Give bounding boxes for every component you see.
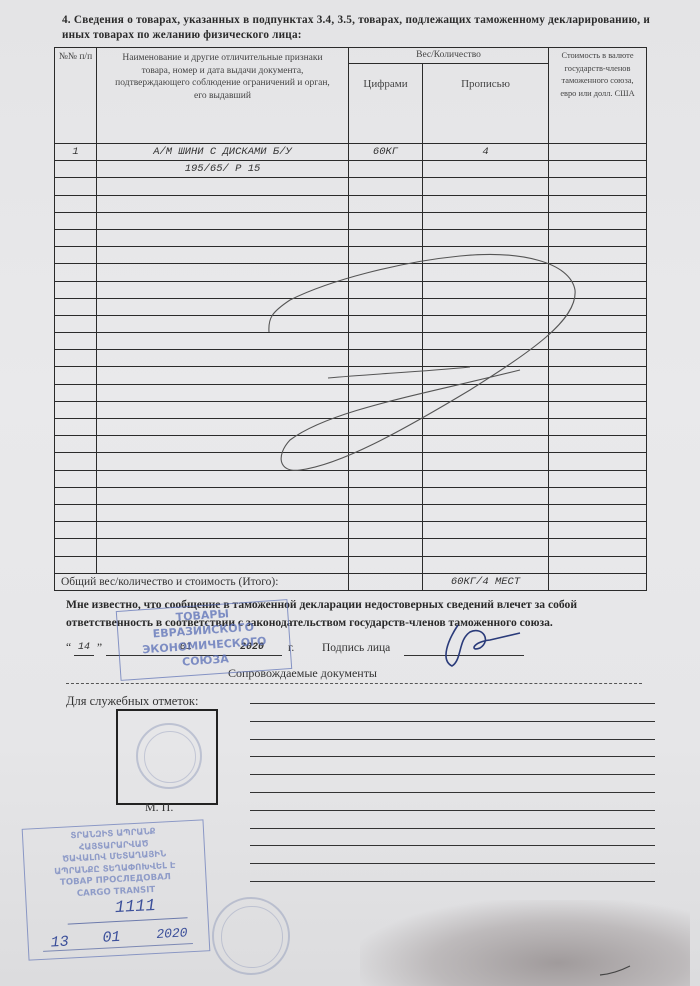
cell-digits bbox=[349, 384, 423, 401]
cell-digits bbox=[349, 281, 423, 298]
cell-name bbox=[97, 247, 349, 264]
cell-words bbox=[423, 298, 549, 315]
cell-num bbox=[55, 487, 97, 504]
eaeu-stamp: ТОВАРЫЕВРАЗИЙСКОГОЭКОНОМИЧЕСКОГОСОЮЗА bbox=[116, 599, 292, 681]
cell-digits bbox=[349, 436, 423, 453]
total-label: Общий вес/количество и стоимость (Итого)… bbox=[55, 573, 349, 590]
cell-cost bbox=[549, 195, 647, 212]
cell-words bbox=[423, 367, 549, 384]
cell-cost bbox=[549, 247, 647, 264]
service-line bbox=[250, 845, 655, 846]
cell-digits bbox=[349, 333, 423, 350]
cell-digits bbox=[349, 453, 423, 470]
goods-table: №№ п/п Наименование и другие отличительн… bbox=[54, 47, 647, 591]
cell-cost bbox=[549, 470, 647, 487]
cell-name bbox=[97, 281, 349, 298]
photo-shadow bbox=[360, 900, 690, 986]
transit-month: 01 bbox=[102, 929, 121, 947]
table-row bbox=[55, 195, 647, 212]
service-line bbox=[250, 774, 655, 775]
table-row bbox=[55, 281, 647, 298]
cell-num bbox=[55, 367, 97, 384]
table-row bbox=[55, 556, 647, 573]
cell-name bbox=[97, 195, 349, 212]
cell-cost bbox=[549, 539, 647, 556]
cell-words: 4 bbox=[423, 144, 549, 161]
cell-cost bbox=[549, 161, 647, 178]
cell-name bbox=[97, 419, 349, 436]
cell-num bbox=[55, 384, 97, 401]
cell-digits bbox=[349, 247, 423, 264]
cell-words bbox=[423, 333, 549, 350]
cell-words bbox=[423, 264, 549, 281]
service-line bbox=[250, 792, 655, 793]
cell-num bbox=[55, 161, 97, 178]
header-cost: Стоимость в валюте государств-членов там… bbox=[549, 48, 647, 144]
date-day: 14 bbox=[78, 642, 90, 653]
cell-cost bbox=[549, 367, 647, 384]
cell-cost bbox=[549, 229, 647, 246]
cell-words bbox=[423, 522, 549, 539]
cell-num bbox=[55, 470, 97, 487]
cell-num bbox=[55, 556, 97, 573]
cell-words bbox=[423, 556, 549, 573]
cell-name bbox=[97, 522, 349, 539]
cell-digits bbox=[349, 161, 423, 178]
signature-label: Подпись лица bbox=[322, 642, 390, 654]
total-digits bbox=[349, 573, 423, 590]
transit-year: 2020 bbox=[156, 925, 188, 942]
cell-name bbox=[97, 539, 349, 556]
service-line bbox=[250, 739, 655, 740]
cell-cost bbox=[549, 419, 647, 436]
cell-cost bbox=[549, 178, 647, 195]
cell-name bbox=[97, 178, 349, 195]
cell-digits bbox=[349, 229, 423, 246]
cell-name bbox=[97, 367, 349, 384]
cell-cost bbox=[549, 212, 647, 229]
cell-num bbox=[55, 453, 97, 470]
total-words: 60КГ/4 МЕСТ bbox=[423, 573, 549, 590]
cell-name bbox=[97, 436, 349, 453]
cell-words bbox=[423, 247, 549, 264]
seal-box bbox=[116, 709, 218, 805]
cell-num bbox=[55, 350, 97, 367]
cell-cost bbox=[549, 333, 647, 350]
table-row bbox=[55, 350, 647, 367]
cell-cost bbox=[549, 384, 647, 401]
table-row bbox=[55, 453, 647, 470]
cell-num bbox=[55, 264, 97, 281]
cell-name bbox=[97, 315, 349, 332]
cell-num: 1 bbox=[55, 144, 97, 161]
cell-digits bbox=[349, 539, 423, 556]
service-line bbox=[250, 828, 655, 829]
cell-cost bbox=[549, 298, 647, 315]
cell-digits bbox=[349, 195, 423, 212]
cell-digits bbox=[349, 367, 423, 384]
cell-num bbox=[55, 401, 97, 418]
table-row bbox=[55, 229, 647, 246]
cell-cost bbox=[549, 281, 647, 298]
cell-digits bbox=[349, 401, 423, 418]
cell-name bbox=[97, 487, 349, 504]
cell-name bbox=[97, 504, 349, 521]
table-row bbox=[55, 298, 647, 315]
transit-number: 1111 bbox=[114, 897, 156, 918]
cell-cost bbox=[549, 315, 647, 332]
cell-words bbox=[423, 281, 549, 298]
cell-digits bbox=[349, 298, 423, 315]
table-row bbox=[55, 212, 647, 229]
service-line bbox=[250, 810, 655, 811]
cell-name bbox=[97, 470, 349, 487]
cell-num bbox=[55, 195, 97, 212]
table-row bbox=[55, 315, 647, 332]
cell-num bbox=[55, 522, 97, 539]
table-row bbox=[55, 264, 647, 281]
cell-words bbox=[423, 419, 549, 436]
cell-num bbox=[55, 178, 97, 195]
cell-digits bbox=[349, 504, 423, 521]
customs-declaration-page: 4. Сведения о товарах, указанных в подпу… bbox=[0, 0, 700, 986]
cell-digits bbox=[349, 315, 423, 332]
cell-cost bbox=[549, 556, 647, 573]
cell-name bbox=[97, 298, 349, 315]
cell-name bbox=[97, 264, 349, 281]
cell-num bbox=[55, 504, 97, 521]
cell-cost bbox=[549, 453, 647, 470]
cell-cost bbox=[549, 522, 647, 539]
cell-cost bbox=[549, 504, 647, 521]
cell-name bbox=[97, 384, 349, 401]
cell-num bbox=[55, 281, 97, 298]
cell-words bbox=[423, 229, 549, 246]
cell-num bbox=[55, 539, 97, 556]
date-quote-close: ” bbox=[97, 642, 102, 654]
cell-words bbox=[423, 504, 549, 521]
header-num: №№ п/п bbox=[55, 48, 97, 144]
cell-cost bbox=[549, 144, 647, 161]
cell-num bbox=[55, 298, 97, 315]
section-heading: 4. Сведения о товарах, указанных в подпу… bbox=[62, 13, 650, 43]
header-weight-qty: Вес/Количество bbox=[349, 48, 549, 64]
total-cost bbox=[549, 573, 647, 590]
cell-name bbox=[97, 556, 349, 573]
cell-cost bbox=[549, 436, 647, 453]
mp-label: М. П. bbox=[145, 800, 173, 815]
cell-num bbox=[55, 212, 97, 229]
table-row bbox=[55, 247, 647, 264]
cell-name bbox=[97, 333, 349, 350]
cell-words bbox=[423, 195, 549, 212]
cell-num bbox=[55, 229, 97, 246]
table-row bbox=[55, 522, 647, 539]
cell-digits bbox=[349, 470, 423, 487]
cell-words bbox=[423, 453, 549, 470]
dashed-divider bbox=[66, 683, 642, 684]
cell-words bbox=[423, 436, 549, 453]
round-seal-icon bbox=[136, 723, 202, 789]
cargo-transit-stamp: ՏՐԱՆԶԻՏ ԱՊՐԱՆՔՀԱՅՏԱՐԱՐՎԱԾԾԱՎԱԼՈՎ ՄԵՏԱՂԱՅ… bbox=[22, 819, 211, 960]
cell-num bbox=[55, 419, 97, 436]
service-marks-label: Для служебных отметок: bbox=[66, 694, 198, 709]
cell-words bbox=[423, 212, 549, 229]
cell-digits bbox=[349, 419, 423, 436]
table-row bbox=[55, 539, 647, 556]
cell-num bbox=[55, 436, 97, 453]
service-line bbox=[250, 863, 655, 864]
table-row bbox=[55, 470, 647, 487]
cell-cost bbox=[549, 264, 647, 281]
cell-words bbox=[423, 161, 549, 178]
cell-name: 195/65/ Р 15 bbox=[97, 161, 349, 178]
service-line bbox=[250, 881, 655, 882]
cell-name bbox=[97, 453, 349, 470]
cell-digits bbox=[349, 212, 423, 229]
service-line bbox=[250, 703, 655, 704]
table-row bbox=[55, 504, 647, 521]
table-row: 195/65/ Р 15 bbox=[55, 161, 647, 178]
header-name: Наименование и другие отличительные приз… bbox=[97, 48, 349, 144]
cell-name bbox=[97, 350, 349, 367]
cell-words bbox=[423, 487, 549, 504]
cell-words bbox=[423, 350, 549, 367]
cell-digits bbox=[349, 522, 423, 539]
signature-field bbox=[404, 641, 524, 656]
cell-digits bbox=[349, 350, 423, 367]
cell-words bbox=[423, 315, 549, 332]
cell-digits bbox=[349, 264, 423, 281]
table-row bbox=[55, 436, 647, 453]
cell-name bbox=[97, 401, 349, 418]
cell-words bbox=[423, 539, 549, 556]
header-words: Прописью bbox=[423, 64, 549, 144]
table-row bbox=[55, 401, 647, 418]
cell-cost bbox=[549, 401, 647, 418]
cell-words bbox=[423, 178, 549, 195]
cell-words bbox=[423, 401, 549, 418]
header-digits: Цифрами bbox=[349, 64, 423, 144]
service-line bbox=[250, 756, 655, 757]
cell-digits bbox=[349, 178, 423, 195]
cell-num bbox=[55, 247, 97, 264]
table-row bbox=[55, 419, 647, 436]
service-line bbox=[250, 721, 655, 722]
table-row bbox=[55, 487, 647, 504]
cell-digits bbox=[349, 556, 423, 573]
round-seal-bottom-icon bbox=[212, 897, 290, 975]
cell-words bbox=[423, 384, 549, 401]
cell-name bbox=[97, 229, 349, 246]
cell-name: А/М ШИНИ С ДИСКАМИ Б/У bbox=[97, 144, 349, 161]
cell-num bbox=[55, 315, 97, 332]
cell-words bbox=[423, 470, 549, 487]
table-row bbox=[55, 333, 647, 350]
table-row bbox=[55, 384, 647, 401]
table-row bbox=[55, 367, 647, 384]
cell-digits: 60КГ bbox=[349, 144, 423, 161]
cell-cost bbox=[549, 487, 647, 504]
cell-num bbox=[55, 333, 97, 350]
table-row: 1А/М ШИНИ С ДИСКАМИ Б/У60КГ4 bbox=[55, 144, 647, 161]
cell-digits bbox=[349, 487, 423, 504]
date-quote-open: “ bbox=[66, 642, 71, 654]
cell-name bbox=[97, 212, 349, 229]
cell-cost bbox=[549, 350, 647, 367]
table-row bbox=[55, 178, 647, 195]
